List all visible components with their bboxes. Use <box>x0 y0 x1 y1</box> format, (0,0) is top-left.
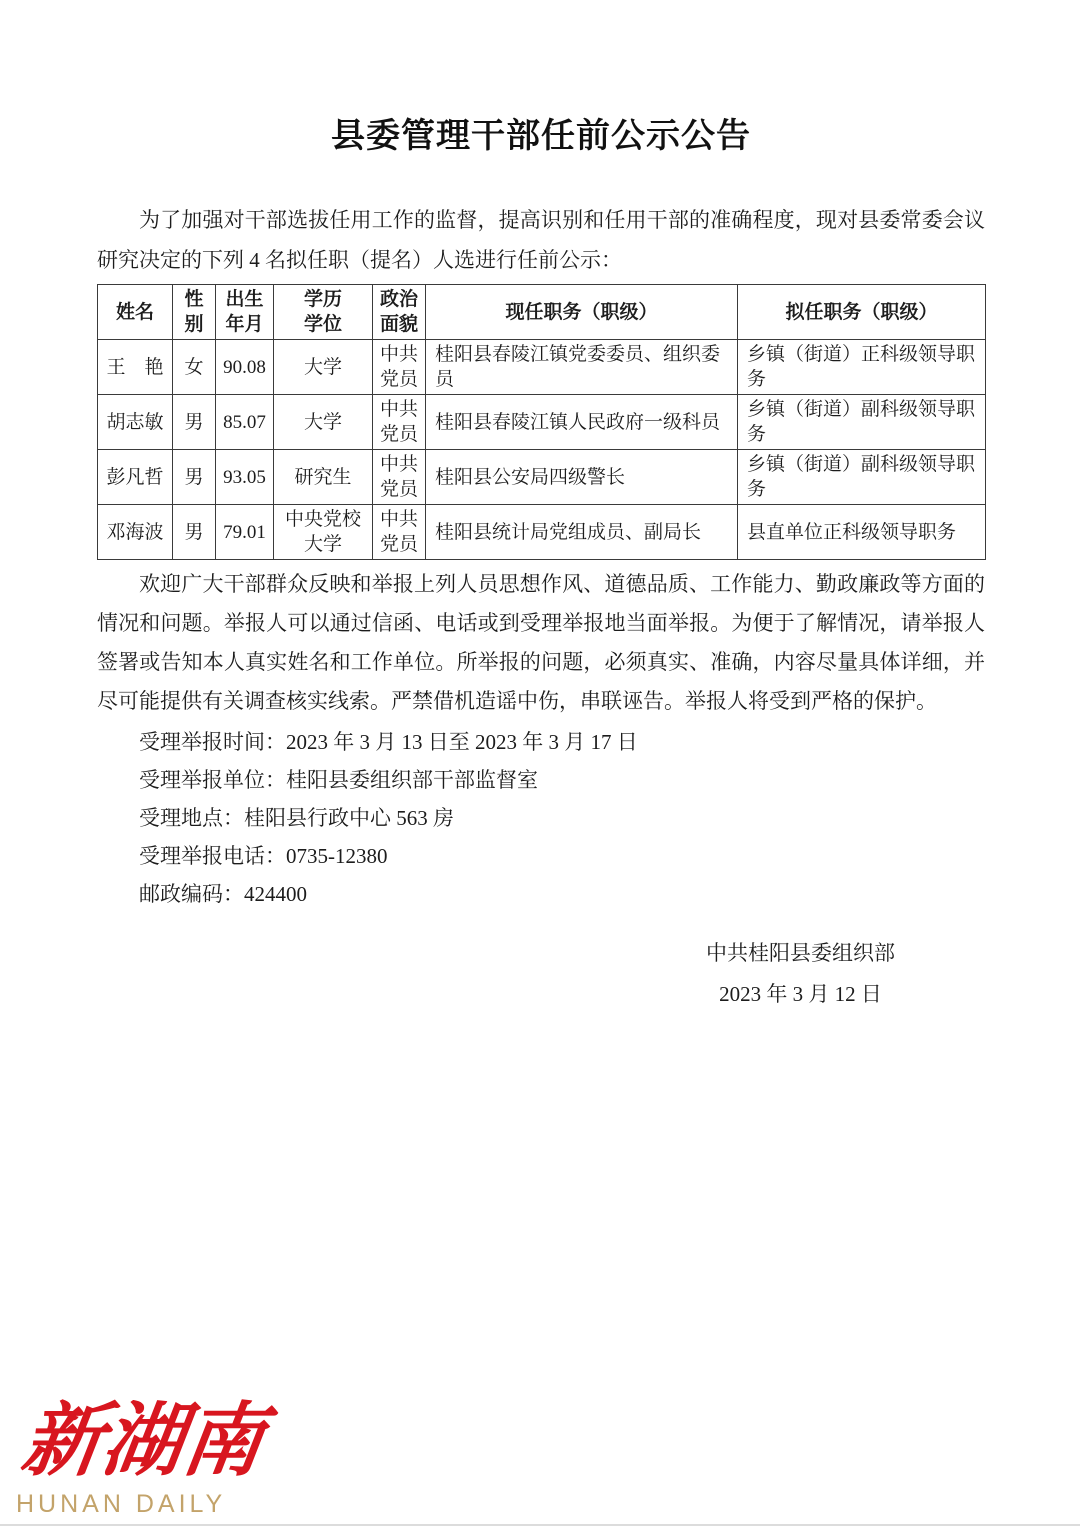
cell-current-post: 桂阳县春陵江镇党委委员、组织委员 <box>426 340 738 395</box>
cell-current-post: 桂阳县春陵江镇人民政府一级科员 <box>426 395 738 450</box>
cell-gender: 女 <box>173 340 216 395</box>
issue-date: 2023 年 3 月 12 日 <box>706 974 895 1015</box>
report-location-line: 受理地点：桂阳县行政中心 563 房 <box>97 799 985 837</box>
cell-gender: 男 <box>173 450 216 505</box>
cell-name: 胡志敏 <box>98 395 173 450</box>
cell-proposed-post: 乡镇（街道）正科级领导职务 <box>738 340 986 395</box>
cell-birth: 79.01 <box>216 505 274 560</box>
cell-name: 彭凡哲 <box>98 450 173 505</box>
contact-info-block: 受理举报时间：2023 年 3 月 13 日至 2023 年 3 月 17 日 … <box>97 723 985 913</box>
col-header-name: 姓名 <box>98 285 173 340</box>
page-title: 县委管理干部任前公示公告 <box>97 0 985 158</box>
cell-education: 研究生 <box>274 450 373 505</box>
cell-education: 大学 <box>274 395 373 450</box>
report-time-line: 受理举报时间：2023 年 3 月 13 日至 2023 年 3 月 17 日 <box>97 723 985 761</box>
cell-birth: 93.05 <box>216 450 274 505</box>
cell-politics: 中共 党员 <box>373 450 426 505</box>
hunan-daily-logo-cn: 新湖南 <box>16 1390 250 1490</box>
hunan-daily-logo-en: HUNAN DAILY <box>16 1490 236 1518</box>
cell-politics: 中共 党员 <box>373 340 426 395</box>
col-header-gender: 性别 <box>173 285 216 340</box>
signature-block: 中共桂阳县委组织部 2023 年 3 月 12 日 <box>706 933 895 1015</box>
report-phone-line: 受理举报电话：0735-12380 <box>97 837 985 875</box>
cell-education: 大学 <box>274 340 373 395</box>
report-instructions-paragraph: 欢迎广大干部群众反映和举报上列人员思想作风、道德品质、工作能力、勤政廉政等方面的… <box>97 565 985 721</box>
issuing-org: 中共桂阳县委组织部 <box>706 933 895 974</box>
col-header-proposed-post: 拟任职务（职级） <box>738 285 986 340</box>
cell-education: 中央党校 大学 <box>274 505 373 560</box>
cell-current-post: 桂阳县公安局四级警长 <box>426 450 738 505</box>
cell-politics: 中共 党员 <box>373 395 426 450</box>
cell-proposed-post: 县直单位正科级领导职务 <box>738 505 986 560</box>
table-row: 彭凡哲 男 93.05 研究生 中共 党员 桂阳县公安局四级警长 乡镇（街道）副… <box>98 450 986 505</box>
cell-proposed-post: 乡镇（街道）副科级领导职务 <box>738 395 986 450</box>
cell-birth: 85.07 <box>216 395 274 450</box>
intro-paragraph: 为了加强对干部选拔任用工作的监督，提高识别和任用干部的准确程度，现对县委常委会议… <box>97 200 985 280</box>
cell-birth: 90.08 <box>216 340 274 395</box>
table-row: 王 艳 女 90.08 大学 中共 党员 桂阳县春陵江镇党委委员、组织委员 乡镇… <box>98 340 986 395</box>
document-content: 县委管理干部任前公示公告 为了加强对干部选拔任用工作的监督，提高识别和任用干部的… <box>0 0 1080 1015</box>
cell-politics: 中共 党员 <box>373 505 426 560</box>
postal-code-line: 邮政编码：424400 <box>97 875 985 913</box>
cell-proposed-post: 乡镇（街道）副科级领导职务 <box>738 450 986 505</box>
candidates-table: 姓名 性别 出生 年月 学历 学位 政治 面貌 现任职务（职级） 拟任职务（职级… <box>97 284 986 560</box>
table-row: 胡志敏 男 85.07 大学 中共 党员 桂阳县春陵江镇人民政府一级科员 乡镇（… <box>98 395 986 450</box>
table-row: 邓海波 男 79.01 中央党校 大学 中共 党员 桂阳县统计局党组成员、副局长… <box>98 505 986 560</box>
col-header-education: 学历 学位 <box>274 285 373 340</box>
cell-gender: 男 <box>173 395 216 450</box>
cell-name: 王 艳 <box>98 340 173 395</box>
report-unit-line: 受理举报单位：桂阳县委组织部干部监督室 <box>97 761 985 799</box>
col-header-current-post: 现任职务（职级） <box>426 285 738 340</box>
cell-gender: 男 <box>173 505 216 560</box>
col-header-birth: 出生 年月 <box>216 285 274 340</box>
col-header-politics: 政治 面貌 <box>373 285 426 340</box>
cell-current-post: 桂阳县统计局党组成员、副局长 <box>426 505 738 560</box>
hunan-daily-logo: 新湖南 HUNAN DAILY <box>16 1390 236 1518</box>
cell-name: 邓海波 <box>98 505 173 560</box>
announcement-page: 县委管理干部任前公示公告 为了加强对干部选拔任用工作的监督，提高识别和任用干部的… <box>0 0 1080 1526</box>
table-header-row: 姓名 性别 出生 年月 学历 学位 政治 面貌 现任职务（职级） 拟任职务（职级… <box>98 285 986 340</box>
